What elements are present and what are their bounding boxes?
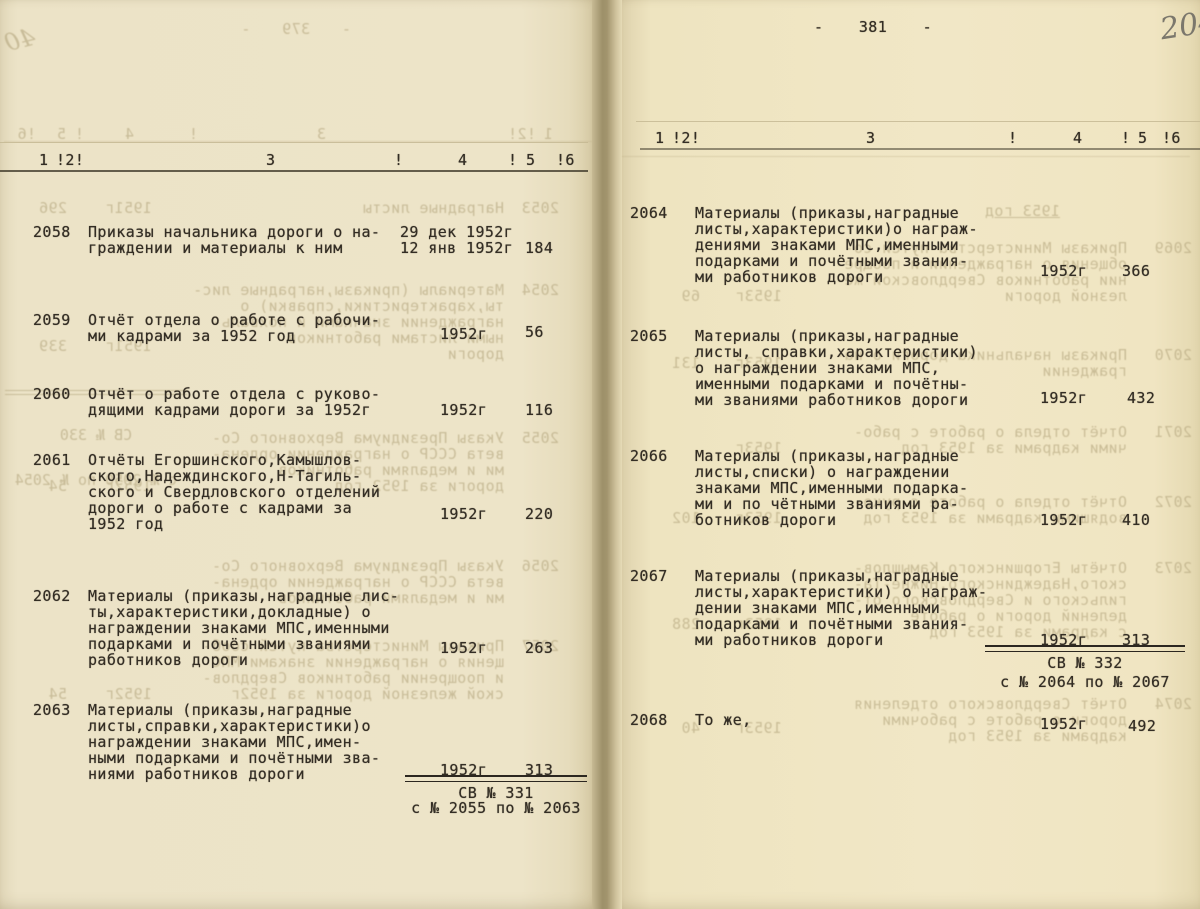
ruler-bottom-line: [640, 148, 1200, 150]
ghost-ruler-label: 5: [57, 125, 66, 143]
entry-year: 1952г: [1040, 263, 1087, 279]
entry-description-line: подарками и почётными звания-: [695, 253, 969, 269]
ghost-entry-description-line: и поощрении работников Свердлов-: [202, 670, 504, 686]
ghost-entry-page-count: 296: [39, 200, 67, 216]
ruler-label: 1: [39, 151, 48, 169]
ruler-label: 3: [266, 151, 275, 169]
ghost-entry-number: 2073: [1154, 560, 1192, 576]
entry-number: 2060: [33, 386, 71, 402]
entry-page-count: 220: [525, 506, 553, 522]
entry-date: 29 дек 1952г: [400, 224, 513, 240]
entry-description-line: граждении и материалы к ним: [88, 240, 343, 256]
entry-description-line: ми и по чётными званиями ра-: [695, 496, 959, 512]
entry-year: 1952г: [440, 326, 487, 342]
entry-description-line: работников дороги: [88, 652, 248, 668]
ruler-label: !6: [556, 151, 575, 169]
ghost-summary-line: СВ № 330: [5, 428, 187, 443]
ghost-entry-description-line: Материалы (приказы,наградные лис-: [193, 282, 504, 298]
entry-page-count: 184: [525, 240, 553, 256]
ghost-entry-description-line: Наградные листы: [363, 200, 504, 216]
ghost-entry-description-line: Отчёт Свердловского отделения: [854, 696, 1128, 712]
entry-description-line: ботников дороги: [695, 512, 836, 528]
ghost-ruler-label: 3: [317, 125, 326, 143]
ruler-label: !: [508, 151, 517, 169]
right-page: 1953 год 2069 Приказы Министерства путей…: [622, 0, 1200, 909]
entry-description-line: ского,Надеждинского,Н-Тагиль-: [88, 468, 362, 484]
ruler-label: 5: [526, 151, 535, 169]
entry-description-line: То же,: [695, 712, 752, 728]
ghost-entry-description-line: Отчёт отдела о работе с рабо-: [854, 424, 1128, 440]
ghost-entry-page-count: 339: [39, 338, 67, 354]
ghost-year-heading: 1953 год: [985, 203, 1060, 219]
entry-number: 2065: [630, 328, 668, 344]
entry-description-line: Материалы (приказы,наградные: [695, 448, 959, 464]
entry-number: 2068: [630, 712, 668, 728]
entry-description-line: дящими кадрами дороги за 1952г: [88, 402, 371, 418]
entry-description-line: ты,характеристики,докладные) о: [88, 604, 371, 620]
entry-page-count: 263: [525, 640, 553, 656]
page-number: - 381 -: [814, 18, 932, 36]
summary-bundle-number: СВ № 332: [985, 656, 1185, 671]
entry-description-line: награждении знаками МПС,именными: [88, 620, 390, 636]
bundle-summary: СВ № 331 с № 2055 по № 2063: [405, 775, 587, 816]
summary-range: с № 2055 по № 2063: [405, 801, 587, 816]
entry-description-line: дороги о работе с кадрами за: [88, 500, 352, 516]
entry-page-count: 410: [1122, 512, 1150, 528]
ruler-label: 1: [655, 129, 664, 147]
entry-description-line: Отчёты Егоршинского,Камышлов-: [88, 452, 362, 468]
ghost-entry-number: 2072: [1154, 494, 1192, 510]
entry-description-line: листы,характеристики) о награж-: [695, 584, 987, 600]
ruler-top-line: [636, 121, 1200, 122]
ghost-entry-number: 2054: [521, 282, 559, 298]
entry-description-line: листы,справки,характеристики)о: [88, 718, 371, 734]
ghost-entry-page-count: 54: [48, 478, 67, 494]
entry-year: 1952г: [1040, 716, 1087, 732]
entry-description-line: ского и Свердловского отделений: [88, 484, 380, 500]
entry-description-line: награждении знаками МПС,имен-: [88, 734, 362, 750]
left-page: - 379 - 40 1 !2! 3 ! 4 ! 5 !6 2053 Награ…: [0, 0, 592, 909]
ruler-label: !: [1121, 129, 1130, 147]
ghost-entry-description-line: ской железной дороги за 1952г: [231, 686, 505, 702]
entry-number: 2058: [33, 224, 71, 240]
entry-description-line: подарками и почётными званиями: [88, 636, 371, 652]
ghost-entry-number: 2053: [521, 200, 559, 216]
entry-description-line: ными подарками и почётными зва-: [88, 750, 380, 766]
ghost-entry-number: 2055: [521, 430, 559, 446]
entry-description-line: знаками МПС,именными подарка-: [695, 480, 969, 496]
entry-description-line: дениями знаками МПС,именными: [695, 237, 959, 253]
entry-page-count: 116: [525, 402, 553, 418]
entry-year: 1952г: [1040, 512, 1087, 528]
entry-description-line: 1952 год: [88, 516, 163, 532]
entry-description-line: ниями работников дороги: [88, 766, 305, 782]
ghost-ruler-label: !6: [17, 125, 36, 143]
entry-description-line: о награждении знаками МПС,: [695, 360, 940, 376]
ghost-ruler-line: [622, 156, 1190, 157]
ruler-label: 5: [1138, 129, 1147, 147]
page-gutter: [592, 0, 622, 909]
entry-number: 2062: [33, 588, 71, 604]
ghost-ruler-label: !2!: [508, 125, 536, 143]
ghost-entry-description-line: граждении: [1042, 363, 1127, 379]
ghost-ruler-label: !: [75, 125, 84, 143]
ruler-label: 4: [1073, 129, 1082, 147]
entry-description-line: дении знаками МПС,именными: [695, 600, 940, 616]
entry-number: 2064: [630, 205, 668, 221]
entry-year: 1952г: [440, 640, 487, 656]
ghost-entry-year: 1951г: [105, 200, 152, 216]
entry-description-line: именными подарками и почётны-: [695, 376, 969, 392]
entry-description-line: листы,списки) о награждении: [695, 464, 950, 480]
ghost-entry-year: 1952г: [105, 686, 152, 702]
ruler-label: 4: [458, 151, 467, 169]
entry-description-line: ми работников дороги: [695, 632, 884, 648]
entry-page-count: 432: [1127, 390, 1155, 406]
ruler-label: 3: [866, 129, 875, 147]
entry-description-line: Материалы (приказы,наградные: [88, 702, 352, 718]
ruler-label: !2!: [672, 129, 700, 147]
entry-description-line: Материалы (приказы,наградные: [695, 205, 959, 221]
entry-year: 1952г: [440, 402, 487, 418]
ghost-page-number: - 379 -: [0, 20, 592, 38]
ghost-entry-description-line: Указы Президиума Верховного Со-: [212, 430, 504, 446]
entry-year: 1952г: [440, 506, 487, 522]
entry-description-line: Отчёт отдела о работе с рабочи-: [88, 312, 380, 328]
entry-page-count: 56: [525, 324, 544, 340]
ghost-entry-page-count: 54: [48, 686, 67, 702]
ghost-entry-page-count: 69: [681, 288, 700, 304]
ghost-ruler-label: !: [189, 125, 198, 143]
entry-number: 2059: [33, 312, 71, 328]
entry-description-line: Материалы (приказы,наградные: [695, 328, 959, 344]
ghost-entry-number: 2071: [1154, 424, 1192, 440]
entry-number: 2066: [630, 448, 668, 464]
entry-number: 2067: [630, 568, 668, 584]
entry-description-line: листы, справки,характеристики): [695, 344, 978, 360]
ghost-entry-number: 2074: [1154, 696, 1192, 712]
ghost-handwritten-corner: 40: [1, 23, 37, 58]
ghost-ruler-label: 1: [544, 125, 553, 143]
bundle-summary: СВ № 332 с № 2064 по № 2067: [985, 645, 1185, 690]
summary-rule: [405, 775, 587, 782]
ruler-label: !2!: [56, 151, 84, 169]
summary-rule: [985, 645, 1185, 652]
handwritten-folio-number: 204: [1158, 4, 1200, 48]
ghost-ruler-label: 4: [125, 125, 134, 143]
entry-description-line: Материалы (приказы,наградные лис-: [88, 588, 399, 604]
entry-description-line: ми кадрами за 1952 год: [88, 328, 295, 344]
entry-description-line: Отчёт о работе отдела с руково-: [88, 386, 380, 402]
entry-description-line: Приказы начальника дороги о на-: [88, 224, 380, 240]
entry-description-line: ми работников дороги: [695, 269, 884, 285]
entry-description-line: подарками и почётными звания-: [695, 616, 969, 632]
entry-description-line: листы,характеристики)о награж-: [695, 221, 978, 237]
entry-page-count: 492: [1128, 718, 1156, 734]
entry-number: 2061: [33, 452, 71, 468]
ghost-entry-description-line: дороги: [447, 346, 504, 362]
ghost-entry-description-line: Указы Президиума Верховного Со-: [212, 558, 504, 574]
ghost-entry-number: 2056: [521, 558, 559, 574]
entry-description-line: Материалы (приказы,наградные: [695, 568, 959, 584]
ruler-label: !: [394, 151, 403, 169]
ruler-top-line: [0, 142, 588, 143]
entry-description-line: ми званиями работников дороги: [695, 392, 969, 408]
ruler-label: !: [1008, 129, 1017, 147]
entry-year: 1952г: [1040, 390, 1087, 406]
entry-date: 12 янв 1952г: [400, 240, 513, 256]
summary-range: с № 2064 по № 2067: [985, 675, 1185, 690]
ghost-entry-year: 1953г: [735, 288, 782, 304]
ghost-entry-description-line: дороги о работе с рабочими: [882, 712, 1127, 728]
ghost-entry-number: 2070: [1154, 347, 1192, 363]
ghost-entry-description-line: кадрами за 1953 год: [948, 728, 1127, 744]
entry-page-count: 366: [1122, 263, 1150, 279]
ghost-entry-number: 2069: [1154, 240, 1192, 256]
entry-number: 2063: [33, 702, 71, 718]
ghost-entry-description-line: лезной дороги: [1004, 288, 1127, 304]
ruler-label: !6: [1162, 129, 1181, 147]
ruler-bottom-line: [0, 170, 588, 172]
